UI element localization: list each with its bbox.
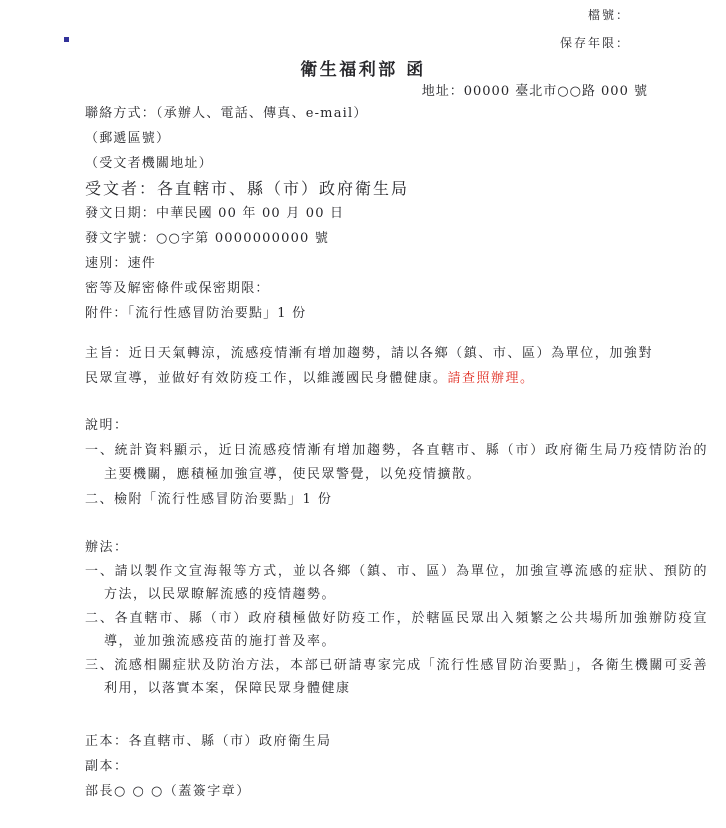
file-number-label: 檔號： bbox=[560, 6, 630, 24]
subject-label: 主旨： bbox=[85, 346, 129, 361]
methods-item: 二、各直轄市、縣（市）政府積極做好防疫工作，於轄區民眾出入頻繁之公共場所加強辦防… bbox=[85, 607, 708, 654]
postal-code-line: （郵遞區號） bbox=[85, 126, 409, 151]
subject-paragraph: 主旨：近日天氣轉涼，流感疫情漸有增加趨勢，請以各鄉（鎮、市、區）為單位，加強對民… bbox=[85, 341, 653, 391]
subject-text: 近日天氣轉涼，流感疫情漸有增加趨勢，請以各鄉（鎮、市、區）為單位，加強對民眾宣導… bbox=[85, 346, 653, 386]
subject-directive-red: 請查照辦理。 bbox=[448, 371, 535, 386]
original-copy-line: 正本：各直轄市、縣（市）政府衛生局 bbox=[85, 729, 332, 754]
official-letter-page: 檔號： 保存年限： 衛生福利部 函 地址：00000 臺北市○○路 000 號 … bbox=[0, 0, 726, 828]
agency-address: 地址：00000 臺北市○○路 000 號 bbox=[422, 80, 648, 99]
explanation-item: 一、統計資料顯示，近日流感疫情漸有增加趨勢，各直轄市、縣（市）政府衛生局乃疫情防… bbox=[85, 439, 708, 488]
attachment-line: 附件：「流行性感冒防治要點」1 份 bbox=[85, 301, 409, 326]
document-title: 衛生福利部 函 bbox=[0, 55, 726, 80]
header-info-block: 聯絡方式：（承辦人、電話、傳真、e-mail） （郵遞區號） （受文者機關地址）… bbox=[85, 101, 409, 326]
recipient-address-line: （受文者機關地址） bbox=[85, 151, 409, 176]
methods-heading: 辦法： bbox=[85, 536, 708, 560]
methods-item: 三、流感相關症狀及防治方法，本部已研請專家完成「流行性感冒防治要點」，各衛生機關… bbox=[85, 654, 708, 701]
carbon-copy-line: 副本： bbox=[85, 754, 332, 779]
minister-signature-line: 部長○ ○ ○（蓋簽字章） bbox=[85, 779, 332, 804]
recipient-line: 受文者：各直轄市、縣（市）政府衛生局 bbox=[85, 176, 409, 201]
security-line: 密等及解密條件或保密期限： bbox=[85, 276, 409, 301]
doc-number-line: 發文字號：○○字第 0000000000 號 bbox=[85, 226, 409, 251]
methods-section: 辦法： 一、請以製作文宣海報等方式，並以各鄉（鎮、市、區）為單位，加強宣導流感的… bbox=[85, 536, 708, 701]
issue-date-line: 發文日期：中華民國 00 年 00 月 00 日 bbox=[85, 201, 409, 226]
methods-item: 一、請以製作文宣海報等方式，並以各鄉（鎮、市、區）為單位，加強宣導流感的症狀、預… bbox=[85, 560, 708, 607]
explanation-item: 二、檢附「流行性感冒防治要點」1 份 bbox=[85, 488, 708, 513]
corner-labels: 檔號： 保存年限： bbox=[560, 6, 630, 62]
contact-method-line: 聯絡方式：（承辦人、電話、傳真、e-mail） bbox=[85, 101, 409, 126]
speed-line: 速別：速件 bbox=[85, 251, 409, 276]
retention-period-label: 保存年限： bbox=[560, 34, 630, 52]
footer-block: 正本：各直轄市、縣（市）政府衛生局 副本： 部長○ ○ ○（蓋簽字章） bbox=[85, 729, 332, 804]
explanation-section: 說明： 一、統計資料顯示，近日流感疫情漸有增加趨勢，各直轄市、縣（市）政府衛生局… bbox=[85, 414, 708, 512]
stray-dot bbox=[64, 37, 69, 42]
explanation-heading: 說明： bbox=[85, 414, 708, 439]
